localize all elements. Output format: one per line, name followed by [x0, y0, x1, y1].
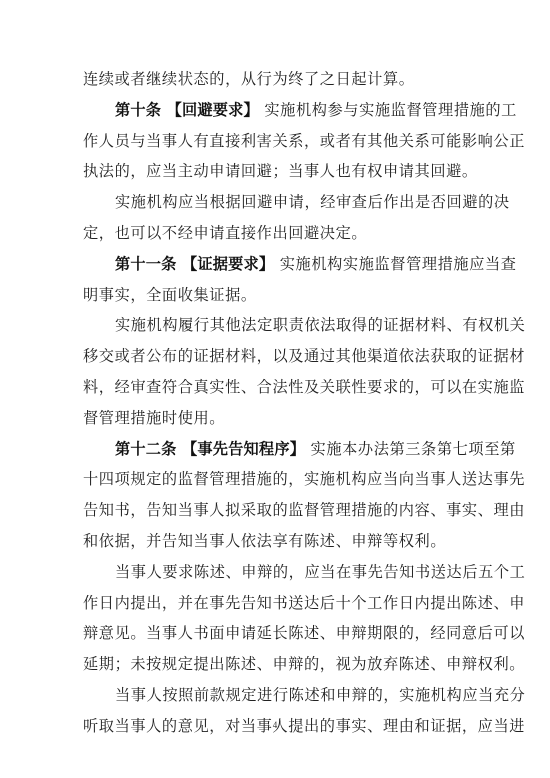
article-number: 第十二条 — [115, 440, 177, 458]
text-line: 告知书，告知当事人拟采取的监督管理措施的内容、事实、理由 — [83, 495, 469, 526]
text-line: 辩意见。当事人书面申请延长陈述、申辩期限的，经同意后可以 — [83, 618, 469, 649]
article-title: 【回避要求】 — [167, 101, 259, 119]
text-line: 实施机构应当根据回避申请，经审查后作出是否回避的决 — [83, 187, 469, 218]
text-line: 实施机构履行其他法定职责依法取得的证据材料、有权机关 — [83, 310, 469, 341]
text-line: 督管理措施时使用。 — [83, 403, 469, 434]
text-line: 明事实，全面收集证据。 — [83, 280, 469, 311]
paragraph: 当事人要求陈述、申辩的，应当在事先告知书送达后五个工 作日内提出，并在事先告知书… — [83, 557, 469, 680]
text-line: 当事人要求陈述、申辩的，应当在事先告知书送达后五个工 — [83, 557, 469, 588]
text-line: 和依据，并告知当事人依法享有陈述、申辩等权利。 — [83, 526, 469, 557]
article-11: 第十一条 【证据要求】 实施机构实施监督管理措施应当查 明事实，全面收集证据。 — [83, 249, 469, 311]
text-line: 作人员与当事人有直接利害关系，或者有其他关系可能影响公正 — [83, 126, 469, 157]
page-number: 4 — [0, 720, 550, 730]
text-line: 定，也可以不经申请直接作出回避决定。 — [83, 218, 469, 249]
text-line: 移交或者公布的证据材料，以及通过其他渠道依法获取的证据材 — [83, 341, 469, 372]
article-number: 第十一条 — [115, 255, 177, 273]
article-10: 第十条 【回避要求】 实施机构参与实施监督管理措施的工 作人员与当事人有直接利害… — [83, 95, 469, 187]
paragraph: 当事人按照前款规定进行陈述和申辩的，实施机构应当充分 听取当事人的意见，对当事人… — [83, 680, 469, 742]
text-line: 十四项规定的监督管理措施的，实施机构应当向当事人送达事先 — [83, 464, 469, 495]
article-text: 实施机构参与实施监督管理措施的工 — [264, 101, 517, 119]
text-line: 连续或者继续状态的，从行为终了之日起计算。 — [83, 64, 469, 95]
article-number: 第十条 — [115, 101, 161, 119]
paragraph: 实施机构应当根据回避申请，经审查后作出是否回避的决 定，也可以不经申请直接作出回… — [83, 187, 469, 249]
article-title: 【事先告知程序】 — [182, 440, 305, 458]
document-body: 连续或者继续状态的，从行为终了之日起计算。 第十条 【回避要求】 实施机构参与实… — [83, 64, 469, 742]
paragraph-continuation: 连续或者继续状态的，从行为终了之日起计算。 — [83, 64, 469, 95]
article-text: 实施本办法第三条第七项至第 — [311, 440, 516, 458]
text-line: 作日内提出，并在事先告知书送达后十个工作日内提出陈述、申 — [83, 588, 469, 619]
text-line: 料，经审查符合真实性、合法性及关联性要求的，可以在实施监 — [83, 372, 469, 403]
text-line: 第十条 【回避要求】 实施机构参与实施监督管理措施的工 — [83, 95, 469, 126]
article-text: 实施机构实施监督管理措施应当查 — [280, 255, 517, 273]
article-title: 【证据要求】 — [182, 255, 274, 273]
text-line: 延期；未按规定提出陈述、申辩的，视为放弃陈述、申辩权利。 — [83, 649, 469, 680]
text-line: 当事人按照前款规定进行陈述和申辩的，实施机构应当充分 — [83, 680, 469, 711]
text-line: 执法的，应当主动申请回避；当事人也有权申请其回避。 — [83, 156, 469, 187]
article-12: 第十二条 【事先告知程序】 实施本办法第三条第七项至第 十四项规定的监督管理措施… — [83, 434, 469, 557]
text-line: 第十一条 【证据要求】 实施机构实施监督管理措施应当查 — [83, 249, 469, 280]
text-line: 第十二条 【事先告知程序】 实施本办法第三条第七项至第 — [83, 434, 469, 465]
paragraph: 实施机构履行其他法定职责依法取得的证据材料、有权机关 移交或者公布的证据材料，以… — [83, 310, 469, 433]
document-page: 连续或者继续状态的，从行为终了之日起计算。 第十条 【回避要求】 实施机构参与实… — [0, 0, 550, 778]
